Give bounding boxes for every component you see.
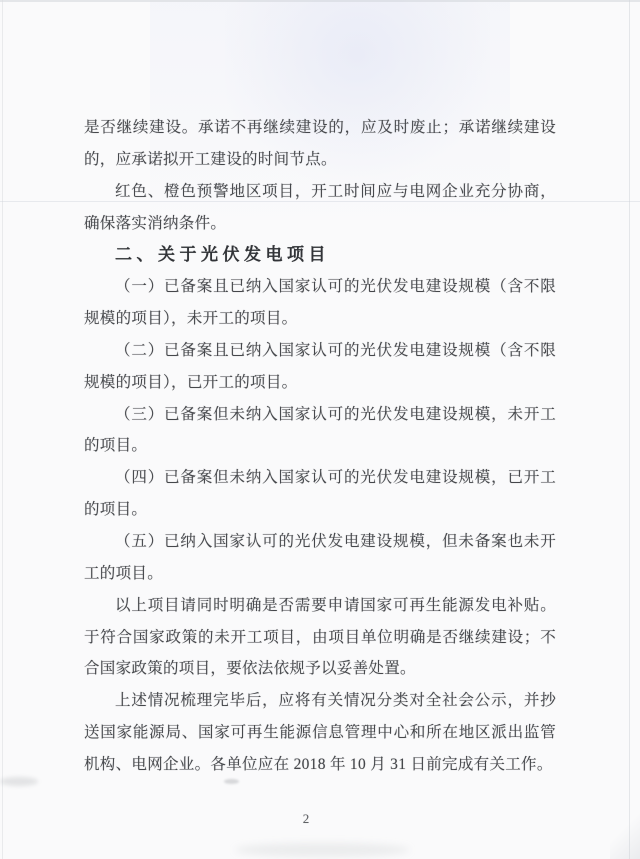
- text-line: 规模的项目），已开工的项目。: [84, 367, 556, 399]
- text-line: 于符合国家政策的未开工项目，由项目单位明确是否继续建设；不符: [84, 622, 556, 654]
- text-line: 的项目。: [84, 494, 556, 526]
- text-line: 上述情况梳理完毕后，应将有关情况分类对全社会公示，并抄: [84, 685, 556, 717]
- text-line: 规模的项目），未开工的项目。: [84, 303, 556, 335]
- document-body: 是否继续建设。承诺不再继续建设的，应及时废止；承诺继续建设的，应承诺拟开工建设的…: [84, 112, 556, 781]
- text-line: 合国家政策的项目，要依法依规予以妥善处置。: [84, 653, 556, 685]
- document-page: 是否继续建设。承诺不再继续建设的，应及时废止；承诺继续建设的，应承诺拟开工建设的…: [0, 0, 640, 859]
- text-line: 的项目。: [84, 430, 556, 462]
- text-line: （五）已纳入国家认可的光伏发电建设规模，但未备案也未开: [84, 526, 556, 558]
- text-line: 的，应承诺拟开工建设的时间节点。: [84, 144, 556, 176]
- scan-edge-top: [0, 0, 640, 2]
- scan-smudge-bottom: [235, 843, 410, 857]
- text-line: 机构、电网企业。各单位应在 2018 年 10 月 31 日前完成有关工作。: [84, 749, 556, 781]
- text-line: 以上项目请同时明确是否需要申请国家可再生能源发电补贴。对: [84, 590, 556, 622]
- text-line: （二）已备案且已纳入国家认可的光伏发电建设规模（含不限: [84, 335, 556, 367]
- text-line: （四）已备案但未纳入国家认可的光伏发电建设规模，已开工: [84, 462, 556, 494]
- scan-edge-right: [629, 0, 630, 859]
- section-heading: 二、关于光伏发电项目: [84, 239, 556, 271]
- page-number: 2: [296, 811, 316, 827]
- scan-edge-left: [2, 0, 3, 859]
- scan-smudge-left: [0, 777, 38, 786]
- text-line: （三）已备案但未纳入国家认可的光伏发电建设规模，未开工: [84, 399, 556, 431]
- text-line: 工的项目。: [84, 558, 556, 590]
- text-line: 是否继续建设。承诺不再继续建设的，应及时废止；承诺继续建设: [84, 112, 556, 144]
- text-line: （一）已备案且已纳入国家认可的光伏发电建设规模（含不限: [84, 271, 556, 303]
- text-line: 确保落实消纳条件。: [84, 208, 556, 240]
- scan-shade-corner: [610, 810, 640, 859]
- text-line: 送国家能源局、国家可再生能源信息管理中心和所在地区派出监管: [84, 717, 556, 749]
- text-line: 红色、橙色预警地区项目，开工时间应与电网企业充分协商，: [84, 176, 556, 208]
